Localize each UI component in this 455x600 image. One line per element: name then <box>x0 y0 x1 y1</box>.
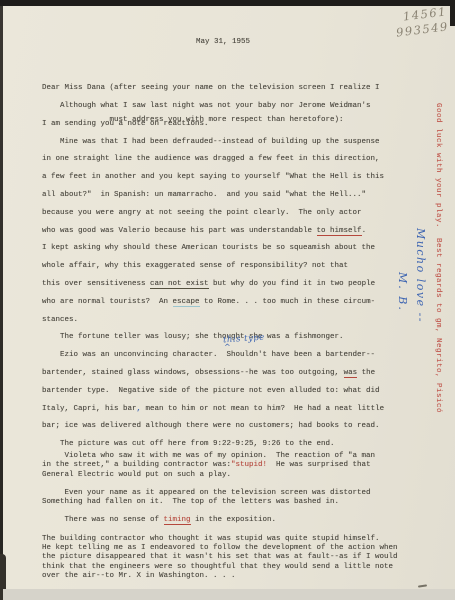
letter-text-segment: Mine was that I had been defrauded--inst… <box>42 138 380 146</box>
letter-line: The fortune teller was lousy; she though… <box>42 329 384 347</box>
letter-text-segment: Violeta who saw it with me was of my opi… <box>42 452 375 460</box>
letter-line: who was good was Valerio because his par… <box>42 223 384 241</box>
letter-line: He kept telling me as I endeavored to fo… <box>42 544 398 553</box>
letter-text-segment: who are normal tourists? An <box>42 298 173 306</box>
letter-line: Mine was that I had been defrauded--inst… <box>42 134 384 152</box>
margin-note-red-typed: Good luck with your play. Best regards t… <box>434 103 442 413</box>
letter-line: because you were angry at not seeing the… <box>42 205 384 223</box>
catalog-numbers: 14561 993549 <box>384 4 449 41</box>
letter-text-segment: The picture was cut off here from 9:22-9… <box>42 440 335 448</box>
letter-text-segment: bartender type. Negative side of the pic… <box>42 387 380 395</box>
scan-smudge-mark <box>418 584 427 587</box>
letter-text-segment: think that the engineers were so thought… <box>42 563 393 571</box>
letter-text-segment: stances. <box>42 316 78 324</box>
letter-line: bartender, stained glass windows, obsess… <box>42 365 384 383</box>
letter-line: Although what I saw last night was not y… <box>42 98 384 116</box>
letter-text-segment: in the exposition. <box>191 516 277 524</box>
letter-text-segment: escape <box>173 298 200 307</box>
letter-text-segment: over the air--to Mr. X in Washington. . … <box>42 572 236 580</box>
letter-text-segment: to Rome. . . too much in these circum- <box>200 298 376 306</box>
letter-text-segment: a few feet in another and you kept sayin… <box>42 173 384 181</box>
letter-line: whole affair, why this exaggerated sense… <box>42 258 384 276</box>
letter-text-segment: in one straight line the audience was dr… <box>42 155 380 163</box>
letter-text-segment: Ezio was an unconvincing character. Shou… <box>42 351 375 359</box>
letter-line: over the air--to Mr. X in Washington. . … <box>42 572 398 581</box>
letter-text-segment: was <box>344 369 358 378</box>
letter-text-segment: He was surprised that <box>267 461 371 469</box>
margin-signature-initials: M. B. <box>396 272 409 312</box>
margin-note-blue-handwritten: Mucho love -- <box>414 228 427 323</box>
letter-body-single-spaced: Violeta who saw it with me was of my opi… <box>42 452 398 581</box>
letter-text-segment: He kept telling me as I endeavored to fo… <box>42 544 398 552</box>
letter-text-segment: who was good was Valerio because his par… <box>42 227 317 235</box>
letter-text-segment: I kept asking why should these American … <box>42 244 375 252</box>
letter-text-segment: Something had fallen on it. The top of t… <box>42 498 339 506</box>
letter-text-segment: General Electric would put on such a pla… <box>42 471 231 479</box>
letter-text-segment: the picture disappeared that it wasn't h… <box>42 553 398 561</box>
salutation-line: Dear Miss Dana (after seeing your name o… <box>42 83 380 94</box>
scanned-letter-page: 14561 993549 May 31, 1955 Dear Miss Dana… <box>0 0 455 600</box>
letter-text-segment: Although what I saw last night was not y… <box>42 102 371 110</box>
letter-text-segment: bartender, stained glass windows, obsess… <box>42 369 344 377</box>
letter-line: There was no sense of timing in the expo… <box>42 516 398 525</box>
letter-line: think that the engineers were so thought… <box>42 563 398 572</box>
letter-text-segment: because you were angry at not seeing the… <box>42 209 362 217</box>
letter-line: all about?" in Spanish: un mamarracho. a… <box>42 187 384 205</box>
scan-edge-left <box>0 6 3 600</box>
letter-line: a few feet in another and you kept sayin… <box>42 169 384 187</box>
insertion-caret-mark: ^ <box>224 343 231 352</box>
scan-paper-bottom-edge <box>3 589 455 600</box>
letter-line: stances. <box>42 312 384 330</box>
letter-text-segment: timing <box>164 516 191 525</box>
letter-line: Even your name as it appeared on the tel… <box>42 489 398 498</box>
letter-line: in the street," a building contractor wa… <box>42 461 398 470</box>
letter-line: General Electric would put on such a pla… <box>42 471 398 480</box>
letter-text-segment: I am sending you a note on reactions. <box>42 120 209 128</box>
letter-line: I kept asking why should these American … <box>42 240 384 258</box>
letter-line: Violeta who saw it with me was of my opi… <box>42 452 398 461</box>
letter-line: bar; ice was delivered although there we… <box>42 418 384 436</box>
letter-text-segment: Italy, Capri, his bar <box>42 405 137 413</box>
letter-text-segment: in the street," a building contractor wa… <box>42 461 231 469</box>
letter-text-segment: Even your name as it appeared on the tel… <box>42 489 371 497</box>
letter-line: the picture disappeared that it wasn't h… <box>42 553 398 562</box>
letter-text-segment: this over sensitiveness <box>42 280 150 288</box>
letter-line: bartender type. Negative side of the pic… <box>42 383 384 401</box>
letter-text-segment: but why do you find it in two people <box>209 280 376 288</box>
letter-text-segment: the <box>357 369 375 377</box>
letter-line: Ezio was an unconvincing character. Shou… <box>42 347 384 365</box>
letter-text-segment: whole affair, why this exaggerated sense… <box>42 262 348 270</box>
scan-edge-right <box>450 0 455 26</box>
letter-line: Something had fallen on it. The top of t… <box>42 498 398 507</box>
letter-text-segment: all about?" in Spanish: un mamarracho. a… <box>42 191 366 199</box>
letter-line: this over sensitiveness can not exist bu… <box>42 276 384 294</box>
letter-text-segment: There was no sense of <box>42 516 164 524</box>
letter-text-segment: bar; ice was delivered although there we… <box>42 422 380 430</box>
letter-text-segment: The fortune teller was lousy; she though… <box>42 333 344 341</box>
letter-date: May 31, 1955 <box>196 38 250 46</box>
letter-line: I am sending you a note on reactions. <box>42 116 384 134</box>
letter-body-double-spaced: Although what I saw last night was not y… <box>42 98 384 454</box>
letter-text-segment: "stupid! <box>231 461 267 469</box>
scan-edge-top <box>0 0 455 6</box>
letter-text-segment: to himself <box>317 227 362 236</box>
letter-line: Italy, Capri, his bar, mean to him or no… <box>42 401 384 419</box>
letter-line: in one straight line the audience was dr… <box>42 151 384 169</box>
letter-line: The building contractor who thought it w… <box>42 535 398 544</box>
letter-line: who are normal tourists? An escape to Ro… <box>42 294 384 312</box>
letter-text-segment: can not exist <box>150 280 209 289</box>
letter-text-segment: The building contractor who thought it w… <box>42 535 380 543</box>
letter-text-segment: mean to him or not mean to him? He had a… <box>141 405 384 413</box>
letter-text-segment: . <box>362 227 367 235</box>
